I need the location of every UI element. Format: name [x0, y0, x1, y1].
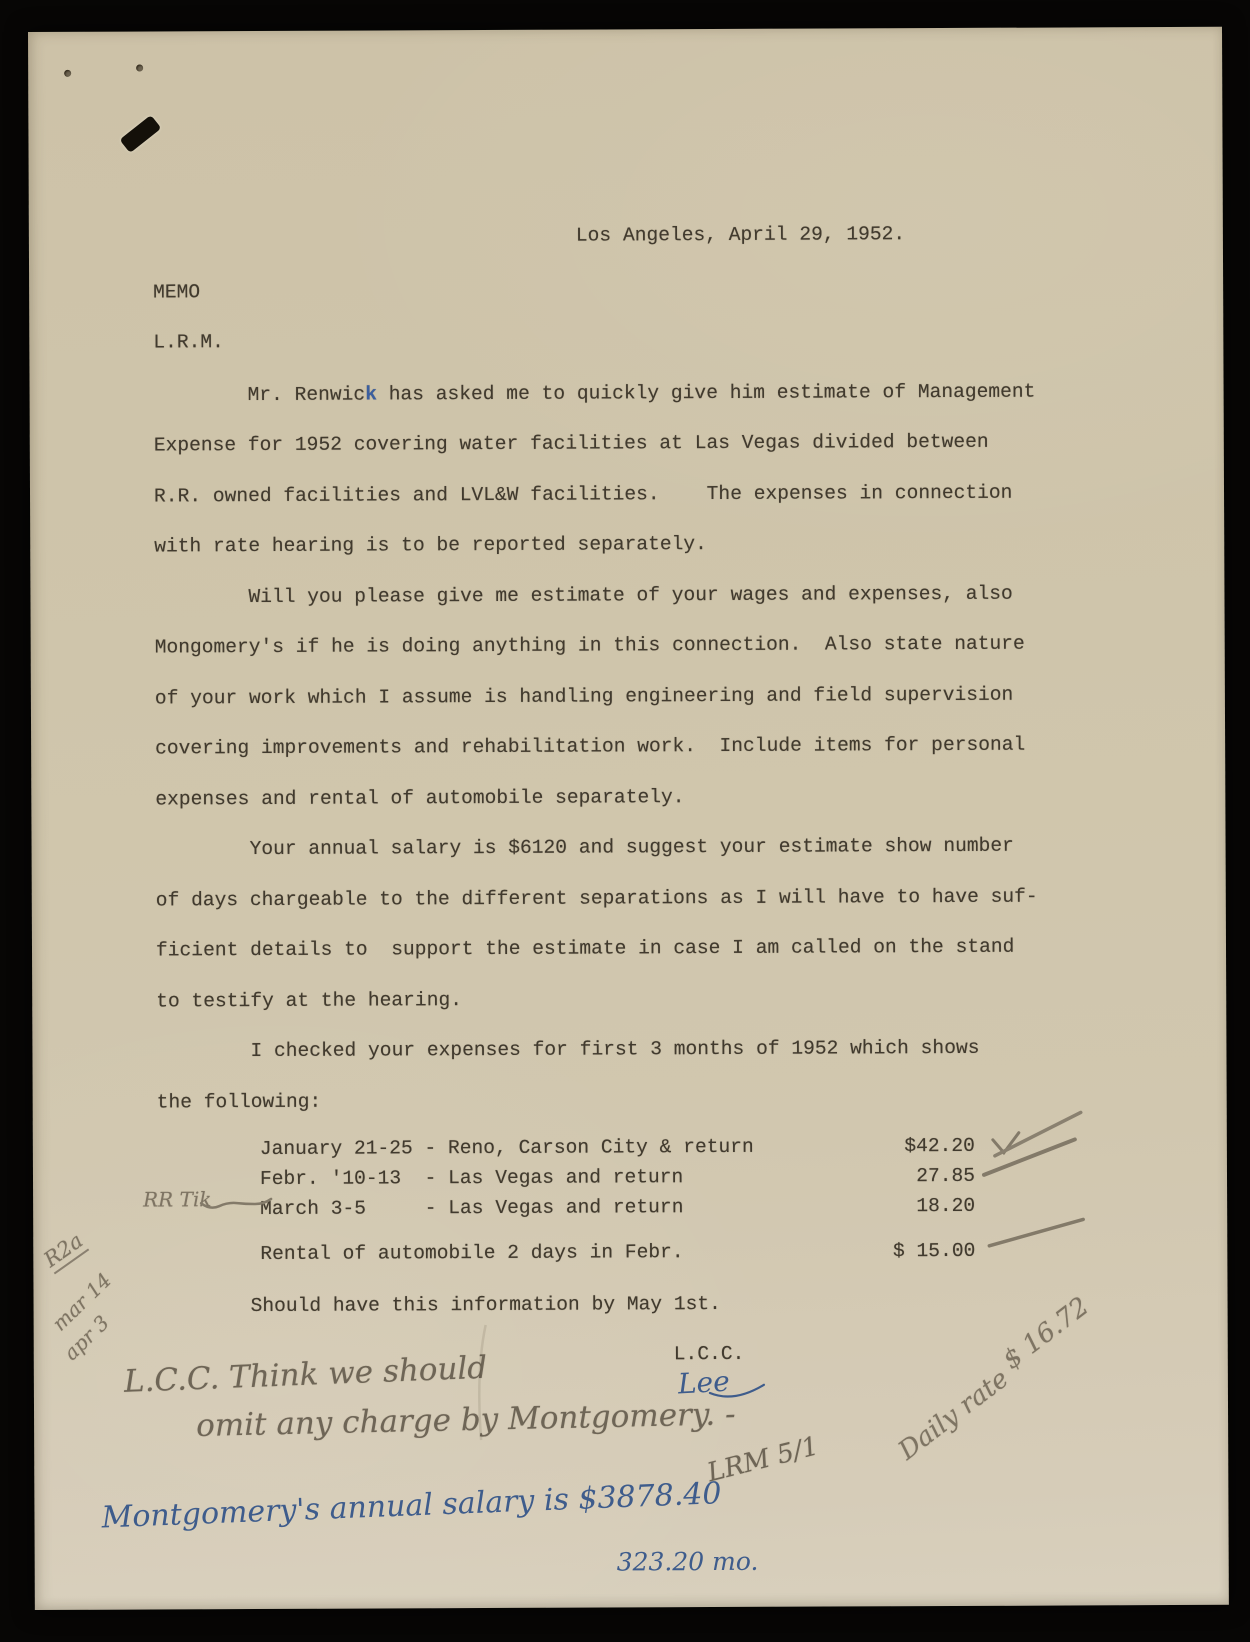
body-line: to testify at the hearing. — [156, 985, 1156, 1013]
handwritten-blue-k-correction: k — [365, 383, 377, 405]
body-line: the following: — [157, 1086, 1157, 1114]
pencil-slash-mark — [995, 1112, 1081, 1155]
pencil-note-line2: omit any charge by Montgomery. - — [196, 1396, 736, 1444]
daily-rate-annotation: Daily rate $ 16.72 — [893, 1299, 1100, 1466]
pencil-check-mark — [993, 1133, 1019, 1153]
pencil-slash-mark — [984, 1139, 1075, 1174]
scanned-memo-screenshot: { "document": { "dateline": "Los Angeles… — [0, 0, 1250, 1642]
deadline-line: Should have this information by May 1st. — [251, 1292, 721, 1318]
expense-row-amount: 18.20 — [853, 1194, 975, 1219]
memo-paper-sheet: Los Angeles, April 29, 1952. MEMO L.R.M.… — [28, 27, 1229, 1610]
typed-initials: L.C.C. — [674, 1342, 745, 1366]
expense-row-amount: 27.85 — [853, 1164, 975, 1189]
punched-hole — [119, 115, 161, 153]
staple-hole — [136, 64, 143, 71]
daily-rate-label: Daily rate — [893, 1364, 1014, 1466]
addressee: L.R.M. — [153, 330, 224, 354]
body-line1-suffix: has asked me to quickly give him estimat… — [377, 381, 1036, 406]
margin-code-annotation: R2a — [39, 1228, 89, 1274]
expense-row-amount: $42.20 — [853, 1134, 975, 1159]
body-line: Mr. Renwick has asked me to quickly give… — [154, 379, 1248, 408]
body-line: expenses and rental of automobile separa… — [155, 783, 1155, 811]
expense-row-item: Febr. '10-13 - Las Vegas and return — [260, 1165, 683, 1191]
expense-row-item: March 3-5 - Las Vegas and return — [260, 1195, 683, 1221]
body-line: ficient details to support the estimate … — [156, 934, 1156, 962]
body-line: with rate hearing is to be reported sepa… — [154, 530, 1154, 558]
rr-tick-annotation: RR Tik — [143, 1187, 211, 1211]
pencil-note-signature: LRM 5/1 — [704, 1431, 821, 1488]
body-line: covering improvements and rehabilitation… — [155, 732, 1155, 760]
pencil-note-line1: L.C.C. Think we should — [123, 1350, 488, 1400]
expense-row-item: January 21-25 - Reno, Carson City & retu… — [260, 1135, 754, 1161]
body-line: of your work which I assume is handling … — [155, 682, 1155, 710]
daily-rate-amount: $ 16.72 — [997, 1292, 1094, 1376]
pencil-dash-mark — [989, 1219, 1083, 1245]
body-line: Mongomery's if he is doing anything in t… — [155, 631, 1155, 659]
body-line: Your annual salary is $6120 and suggest … — [156, 833, 1250, 862]
salary-ink-note: Montgomery's annual salary is $3878.40 — [101, 1476, 722, 1535]
ink-signature: Lee — [677, 1365, 731, 1401]
staple-hole — [64, 70, 71, 77]
body-line: of days chargeable to the different sepa… — [156, 884, 1156, 912]
rental-line-amount: $ 15.00 — [853, 1239, 975, 1264]
monthly-ink-note: 323.20 mo. — [617, 1547, 759, 1577]
body-line: Expense for 1952 covering water faciliti… — [154, 429, 1154, 457]
rental-line-item: Rental of automobile 2 days in Febr. — [260, 1240, 683, 1266]
memo-label: MEMO — [153, 280, 200, 304]
body-line: I checked your expenses for first 3 mont… — [156, 1035, 1250, 1064]
dateline: Los Angeles, April 29, 1952. — [576, 222, 905, 247]
body-line1-prefix: Mr. Renwic — [248, 384, 366, 407]
body-line: Will you please give me estimate of your… — [154, 581, 1248, 610]
body-line: R.R. owned facilities and LVL&W faciliti… — [154, 480, 1154, 508]
